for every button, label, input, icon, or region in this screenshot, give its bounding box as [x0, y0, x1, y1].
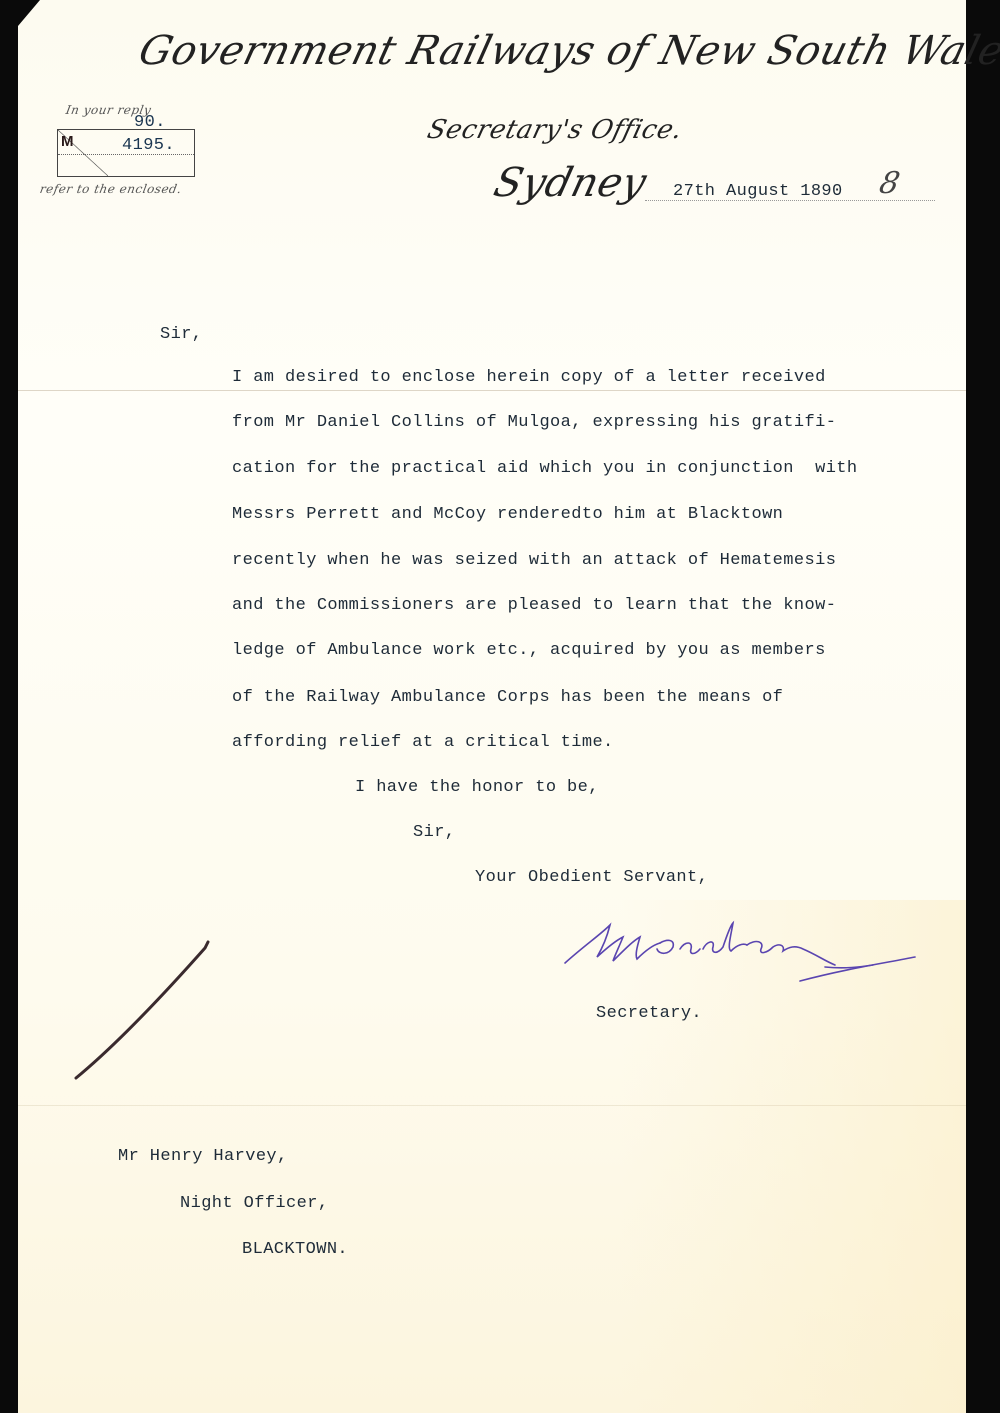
signature-icon	[555, 915, 935, 995]
closing-line: Sir,	[413, 823, 455, 842]
pen-stroke-icon	[70, 940, 220, 1085]
body-line: and the Commissioners are pleased to lea…	[232, 596, 836, 615]
addressee-position: Night Officer,	[180, 1194, 328, 1213]
addressee-name: Mr Henry Harvey,	[118, 1147, 288, 1166]
reply-suffix: refer to the enclosed.	[39, 182, 183, 196]
reference-top-number: 90.	[134, 113, 166, 132]
letterhead-organization: Government Railways of New South Wales.	[134, 28, 1000, 74]
body-line: I am desired to enclose herein copy of a…	[232, 368, 826, 387]
letterhead-city: Sydney	[489, 160, 651, 206]
body-line: from Mr Daniel Collins of Mulgoa, expres…	[232, 413, 836, 432]
body-line: of the Railway Ambulance Corps has been …	[232, 688, 783, 707]
body-line: ledge of Ambulance work etc., acquired b…	[232, 641, 826, 660]
letterhead-office: Secretary's Office.	[424, 115, 685, 145]
closing-line: Your Obedient Servant,	[475, 868, 708, 887]
fold-line	[18, 1105, 966, 1106]
fold-line	[18, 390, 966, 391]
body-line: recently when he was seized with an atta…	[232, 551, 836, 570]
body-line: cation for the practical aid which you i…	[232, 459, 858, 478]
body-line: Messrs Perrett and McCoy renderedto him …	[232, 505, 783, 524]
reference-number: 4195.	[122, 136, 175, 155]
salutation: Sir,	[160, 325, 202, 344]
letter-date: 27th August 1890	[673, 182, 843, 201]
addressee-location: BLACKTOWN.	[242, 1240, 348, 1259]
body-line: affording relief at a critical time.	[232, 733, 614, 752]
reference-letter: M	[61, 133, 74, 150]
closing-line: I have the honor to be,	[355, 778, 599, 797]
signatory-title: Secretary.	[596, 1004, 702, 1023]
